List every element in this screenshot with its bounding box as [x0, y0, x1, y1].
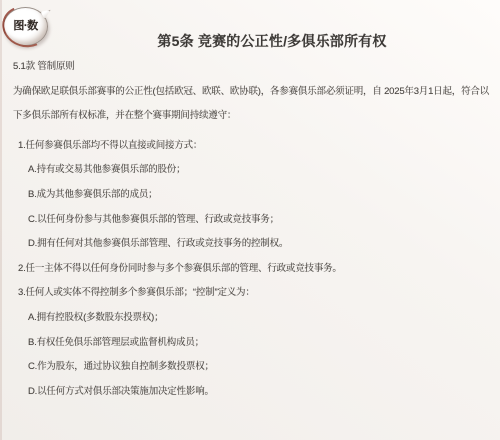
- logo-text: 图·数: [13, 21, 37, 32]
- rule-subitem: B.有权任免俱乐部管理层或监督机构成员；: [13, 331, 489, 356]
- rule-subitem: C.以任何身份参与其他参赛俱乐部的管理、行政或竞技事务；: [13, 208, 489, 233]
- rule-subitem: A.拥有控股权(多数股东投票权)；: [13, 306, 489, 331]
- section-heading: 5.1款 管制原则: [13, 55, 489, 80]
- intro-paragraph: 为确保欧足联俱乐部赛事的公正性(包括欧冠、欧联、欧协联)，各参赛俱乐部必须证明，…: [13, 80, 489, 129]
- rule-subitem: C.作为股东，通过协议独自控制多数投票权；: [13, 355, 489, 380]
- rule-item: 2.任一主体不得以任何身份同时参与多个参赛俱乐部的管理、行政或竞技事务。: [13, 257, 489, 282]
- rules-list: 1.任何参赛俱乐部均不得以直接或间接方式：A.持有或交易其他参赛俱乐部的股份；B…: [13, 134, 489, 405]
- rule-item: 3.任何人或实体不得控制多个参赛俱乐部；“控制”定义为：: [13, 281, 489, 306]
- rule-subitem: A.持有或交易其他参赛俱乐部的股份；: [13, 158, 489, 183]
- document-body: 5.1款 管制原则 为确保欧足联俱乐部赛事的公正性(包括欧冠、欧联、欧协联)，各…: [13, 55, 489, 404]
- watermark-logo-badge: 图·数: [3, 7, 48, 46]
- page-left-edge: [0, 0, 2, 440]
- rule-subitem: D.拥有任何对其他参赛俱乐部管理、行政或竞技事务的控制权。: [13, 232, 489, 257]
- article-title: 第5条 竞赛的公正性/多俱乐部所有权: [0, 31, 500, 51]
- rule-subitem: D.以任何方式对俱乐部决策施加决定性影响。: [13, 380, 489, 405]
- rule-item: 1.任何参赛俱乐部均不得以直接或间接方式：: [13, 134, 489, 159]
- rule-subitem: B.成为其他参赛俱乐部的成员；: [13, 183, 489, 208]
